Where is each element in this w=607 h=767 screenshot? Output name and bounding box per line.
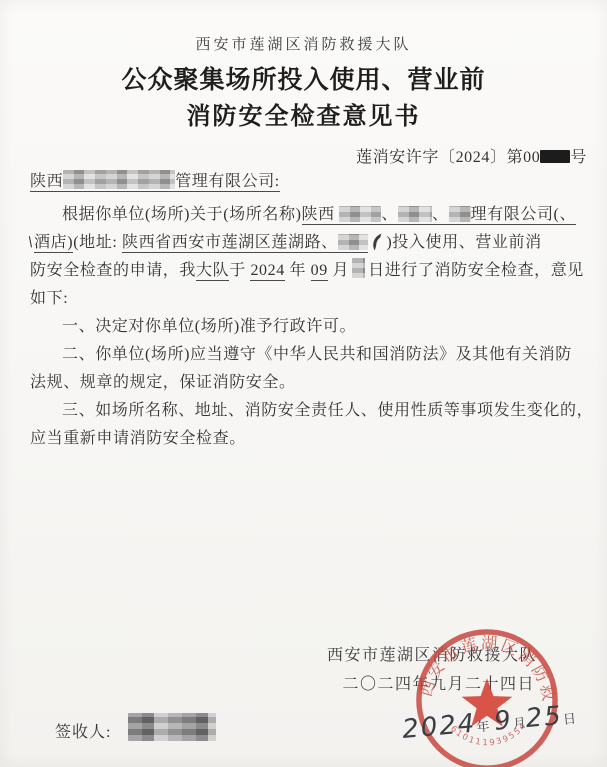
address-blur — [338, 234, 368, 250]
body-line-1: 根据你单位(场所)关于(场所名称)陕西 、、理有限公司(、 — [62, 201, 576, 224]
reference-number: 莲消安许字〔2024〕第00号 — [356, 144, 587, 167]
body-line-2-tail: )投入使用、营业前消 — [386, 234, 541, 251]
hw-day: 25 — [524, 701, 564, 734]
body-line-3-text: 防安全检查的申请，我 — [30, 262, 196, 279]
address-label: (地址: — [73, 234, 117, 251]
sign-recipient-blur — [128, 713, 216, 741]
inspection-day-blur — [352, 258, 365, 278]
year-unit: 年 — [289, 262, 306, 279]
body-line-1-company-prefix: 陕西 — [302, 206, 335, 223]
reference-suffix: 号 — [570, 149, 587, 166]
official-red-seal: 西安市莲湖区消防救援大队 6101119395543 — [413, 626, 561, 767]
address-text: 陕西省西安市莲湖区莲湖路、 — [122, 234, 338, 251]
document-title-line1: 公众聚集场所投入使用、营业前 — [0, 60, 607, 96]
opinion-item-2-line1: 二、你单位(场所)应当遵守《中华人民共和国消防法》及其他有关消防 — [62, 341, 572, 364]
hw-year-unit: 年 — [476, 719, 490, 735]
document-title-line2: 消防安全检查意见书 — [0, 96, 607, 131]
inspection-year: 2024 — [250, 262, 284, 281]
document-page: 西安市莲湖区消防救援大队 公众聚集场所投入使用、营业前 消防安全检查意见书 莲消… — [0, 0, 607, 767]
inspection-month: 09 — [311, 262, 328, 281]
addressee-blur-redaction — [63, 170, 175, 189]
hw-year: 2024 — [401, 709, 478, 745]
body-line-2: \酒店)(地址: 陕西省西安市莲湖区莲湖路、 )投入使用、营业前消 — [28, 229, 542, 252]
company-name-blur-1 — [339, 206, 381, 222]
address-scribble-mark — [369, 233, 387, 250]
body-line-3-tail: 日进行了消防安全检查，意见 — [368, 262, 584, 279]
opinion-item-1: 一、决定对你单位(场所)准予行政许可。 — [62, 313, 356, 336]
reference-redaction-box — [540, 150, 570, 163]
brigade-underlined: 大队 — [196, 262, 229, 281]
addressee-prefix: 陕西 — [30, 173, 63, 190]
opinion-item-3-line1: 三、如场所名称、地址、消防安全责任人、使用性质等事项发生变化的， — [62, 397, 593, 420]
body-line-3-yu: 于 — [229, 262, 246, 279]
addressee-line: 陕西管理有限公司: — [30, 168, 280, 191]
month-unit: 月 — [332, 262, 349, 279]
company-name-blur-2 — [398, 206, 432, 222]
opinion-item-3-line2: 应当重新申请消防安全检查。 — [30, 425, 246, 448]
org-header: 西安市莲湖区消防救援大队 — [0, 33, 607, 54]
sign-recipient-label: 签收人: — [55, 719, 111, 742]
body-line-4: 如下: — [30, 285, 68, 308]
addressee-suffix: 管理有限公司: — [175, 173, 280, 190]
opinion-item-2-line2: 法规、规章的规定，保证消防安全。 — [30, 369, 296, 392]
hw-month-unit: 月 — [512, 716, 526, 732]
hw-month: 9 — [493, 705, 514, 737]
hw-day-unit: 日 — [562, 712, 576, 728]
hotel-label: 酒店) — [34, 234, 73, 253]
body-line-1-text: 根据你单位(场所)关于(场所名称) — [62, 206, 302, 223]
company-name-blur-3 — [449, 206, 471, 222]
body-line-3: 防安全检查的申请，我大队于 2024 年 09 月日进行了消防安全检查，意见 — [30, 257, 584, 280]
body-line-1-company-suffix: 理有限公司(、 — [471, 206, 577, 223]
reference-prefix: 莲消安许字〔2024〕第00 — [356, 149, 540, 166]
